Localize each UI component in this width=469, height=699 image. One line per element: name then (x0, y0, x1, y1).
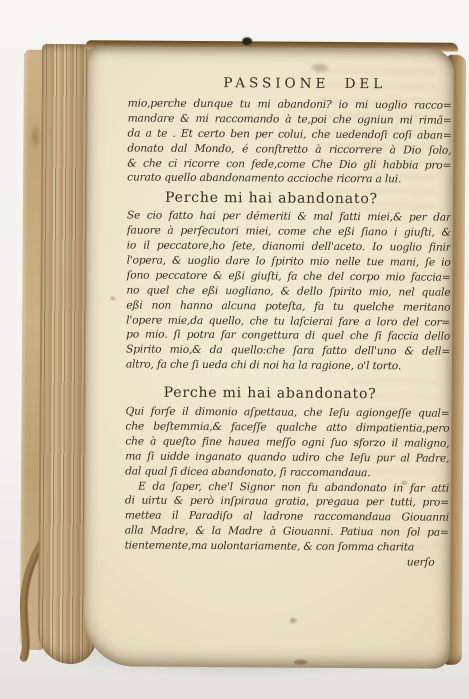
paragraph: mio,perche dunque tu mi abandoni? io mi … (127, 96, 452, 188)
running-header: PASSIONE DEL (140, 75, 469, 93)
foxing-spot (294, 660, 308, 665)
paragraph: E da ſaper, che'l Signor non fu abandona… (125, 479, 450, 556)
text-block: mio,perche dunque tu mi abandoni? io mi … (124, 96, 451, 570)
paragraph: Se cio fatto hai per démeriti & mal fatt… (126, 209, 451, 375)
section-heading: Perche mi hai abandonato? (165, 190, 451, 209)
edge-speck (242, 37, 252, 45)
photo-scene: PASSIONE DEL mio,perche dunque tu mi aba… (0, 0, 469, 699)
book-page: PASSIONE DEL mio,perche dunque tu mi aba… (84, 46, 454, 669)
text-line: dal qual ſi dicea abandonato, ſi raccoma… (125, 464, 449, 481)
text-line: eßi non hanno alcuna poteſta, fa tu quel… (126, 298, 450, 315)
text-line: tientemente,ma uolontariamente, & con ſo… (125, 539, 449, 556)
text-line: altro, fa che ſi ueda chi di noi ha la r… (126, 358, 450, 375)
section-heading: Perche mi hai abandonato? (164, 385, 450, 404)
text-line: curato quello abandonamento accioche ric… (127, 171, 451, 188)
paragraph: Qui forſe il dimonio aſpettaua, che Ieſu… (125, 405, 450, 482)
foxing-spot (287, 616, 299, 626)
text-line: donato dal Mondo, é conſtretto à riccorr… (127, 141, 451, 158)
catchword: uerſo (124, 553, 448, 570)
book: PASSIONE DEL mio,perche dunque tu mi aba… (18, 40, 468, 673)
ink-smudge (312, 64, 328, 72)
foxing-spot (110, 296, 115, 300)
